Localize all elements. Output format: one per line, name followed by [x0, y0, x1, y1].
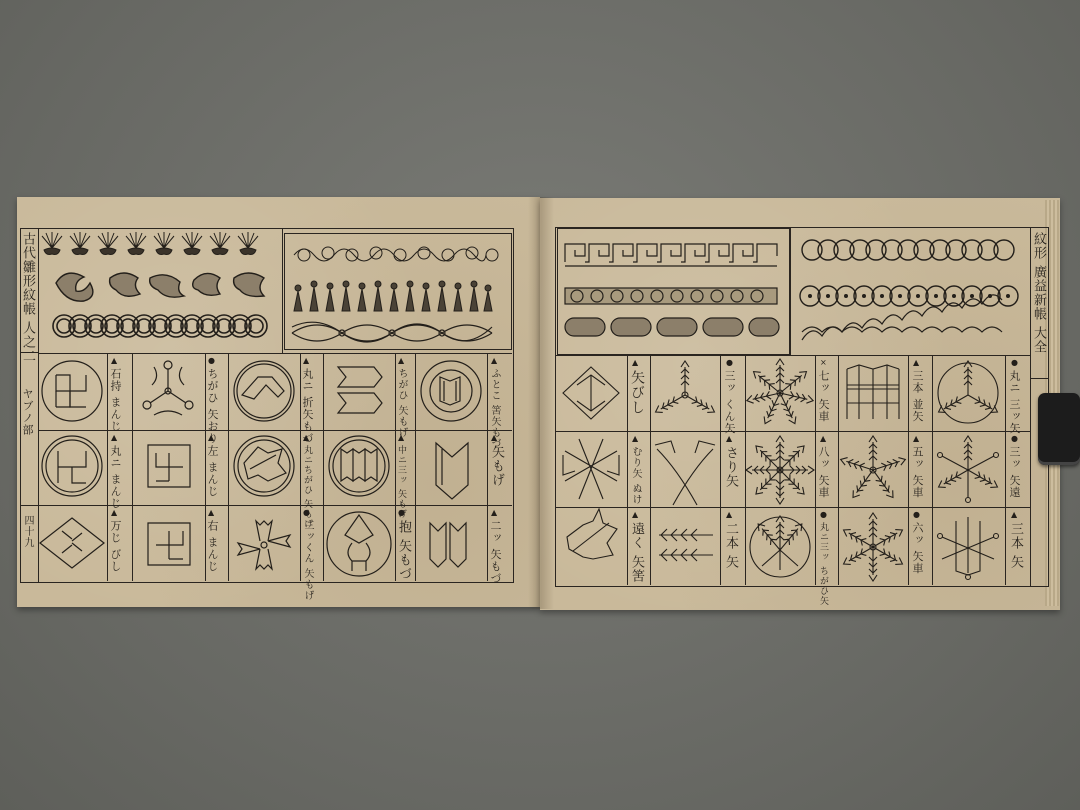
right-mark-1-4: ● — [1011, 434, 1018, 443]
right-label-1-0: むり矢 ぬけ — [630, 446, 640, 505]
right-label-2-3: 六ッ 矢車 — [912, 522, 923, 575]
left-mark-1-2: ▲ — [303, 433, 309, 442]
right-label-2-1: 二本 矢 — [724, 522, 737, 569]
crossed-arrows-in-circle-icon — [750, 516, 810, 577]
left-label-0-0: 石持 まんじ — [110, 368, 121, 433]
right-label-1-1: さり矢 — [724, 446, 737, 488]
right-mark-1-0: ▲ — [632, 434, 638, 443]
left-section-label: ヤブノ部 — [22, 388, 33, 436]
book-gutter — [528, 197, 554, 609]
embracing-fletching-in-circle-icon — [327, 512, 391, 576]
rosette-band-frieze — [565, 288, 777, 304]
left-mark-2-0: ▲ — [111, 508, 117, 517]
right-mark-0-1: ● — [726, 358, 733, 367]
right-label-1-4: 三ッ 矢遠 — [1009, 446, 1020, 499]
right-top-divider — [790, 227, 791, 355]
scroll-acanthus-frieze — [56, 273, 264, 301]
right-sidebar-rule — [1030, 378, 1048, 379]
floral-scroll-frieze — [294, 247, 498, 261]
two-fletchings-pair-icon — [430, 523, 466, 567]
three-arrows-radiating-icon — [654, 361, 717, 415]
left-manji-icon — [148, 445, 190, 487]
pine-fan-frieze — [42, 232, 258, 255]
left-sidebar-rule-2 — [20, 505, 38, 506]
right-mark-0-3: ▲ — [913, 358, 919, 367]
left-label-2-3: 抱 矢もづ — [397, 520, 410, 581]
left-mark-1-3: ▲ — [398, 433, 404, 442]
left-page-number: 四十九 — [22, 515, 32, 548]
right-label-0-3: 三本 並矢 — [912, 370, 923, 423]
six-fletching-wheel-icon — [238, 521, 290, 569]
right-crest-grid — [555, 355, 1030, 585]
left-label-1-4: 矢もげ — [490, 445, 503, 487]
left-label-2-1: 右 まんじ — [207, 520, 218, 573]
three-arrows-in-circle-icon — [937, 361, 1000, 423]
right-label-1-3: 五ッ 矢車 — [912, 446, 923, 499]
arrows-in-fence-icon — [847, 365, 899, 419]
right-label-1-2: 八ッ 矢車 — [818, 446, 829, 499]
arrow-lozenge-icon — [563, 367, 619, 419]
right-running-title: 紋形 廣益新帳 大全 — [1032, 232, 1045, 354]
interlocking-rings-frieze — [53, 315, 267, 337]
woven-arrows-icon — [563, 439, 619, 499]
left-label-0-3: ちがひ 矢もげ — [396, 368, 406, 438]
five-arrow-wheel-icon — [839, 436, 906, 500]
left-border-samples-2 — [284, 233, 510, 348]
left-mark-1-1: ▲ — [208, 433, 214, 442]
crossed-fletching-in-circle-icon — [234, 436, 294, 496]
left-mark-2-4: ▲ — [491, 508, 497, 517]
two-fletchings-icon — [338, 367, 382, 413]
left-mark-0-2: ▲ — [303, 356, 309, 365]
manji-in-double-circle-icon — [42, 436, 102, 496]
three-arrows-with-staffs-bundle-icon — [938, 517, 999, 580]
right-mark-0-2: × — [820, 358, 827, 367]
right-mark-2-3: ● — [913, 510, 920, 519]
three-fletchings-in-circle-icon — [329, 436, 389, 496]
figures-frieze — [294, 281, 492, 311]
right-mark-0-0: ▲ — [632, 358, 638, 367]
single-fletching-icon — [436, 443, 468, 499]
left-label-2-4: 二ッ 矢もづ — [490, 520, 501, 585]
three-arrows-with-staffs-icon — [937, 436, 1000, 503]
left-label-1-1: 左 まんじ — [207, 445, 218, 498]
right-label-2-0: 遠く 矢筈 — [630, 522, 643, 583]
right-label-0-2: 七ッ 矢車 — [818, 370, 829, 423]
left-mark-2-3: ● — [398, 508, 405, 517]
eight-arrow-wheel-icon — [746, 436, 814, 504]
right-mark-1-1: ▲ — [726, 434, 732, 443]
left-top-divider — [282, 228, 283, 353]
right-border-samples — [557, 228, 788, 353]
right-label-2-2: 丸ニ三ッ ちがひ矢 — [818, 522, 827, 606]
cartouche-floral-frieze — [565, 318, 779, 336]
fletching-in-double-circle-icon — [421, 361, 481, 421]
right-mark-1-3: ▲ — [913, 434, 919, 443]
wave-scroll-frieze — [802, 295, 1002, 340]
manji-in-circle-icon — [42, 361, 102, 421]
right-mark-2-0: ▲ — [632, 510, 638, 519]
right-label-0-1: 三ッ くん矢 — [724, 370, 735, 435]
right-manji-icon — [148, 523, 190, 565]
left-running-title: 古代雛形紋帳 人之二 — [21, 232, 34, 363]
ring-star-chain-frieze — [800, 286, 1018, 306]
interlocking-circles-frieze — [802, 240, 1014, 260]
left-mark-0-1: ● — [208, 356, 215, 365]
six-arrow-wheel-icon — [842, 513, 905, 581]
right-mark-0-4: ● — [1011, 358, 1018, 367]
left-mark-1-0: ▲ — [111, 433, 117, 442]
folded-feather-in-circle-icon — [234, 361, 294, 421]
left-mark-2-1: ▲ — [208, 508, 214, 517]
left-border-samples — [38, 228, 282, 353]
left-label-2-0: 万じ びし — [110, 520, 121, 573]
right-border-samples-2 — [792, 228, 1030, 353]
three-crossed-arrows-icon — [143, 361, 193, 415]
left-mark-1-4: ▲ — [491, 433, 497, 442]
left-mark-2-2: ● — [303, 508, 310, 517]
book-clip — [1038, 393, 1080, 465]
right-mark-2-2: ● — [820, 510, 827, 519]
arrow-nock-star-icon — [567, 509, 617, 559]
left-label-2-2: 三ッくん 矢もげ — [302, 520, 312, 601]
crossed-arrows-arch-icon — [655, 441, 715, 505]
wave-lozenge-frieze — [292, 322, 492, 342]
right-mark-1-2: ▲ — [820, 434, 826, 443]
left-mark-0-0: ▲ — [111, 356, 117, 365]
left-label-1-0: 丸ニ まんじ — [110, 445, 121, 510]
manji-lozenge-icon — [40, 518, 104, 568]
left-mark-0-4: ▲ — [491, 356, 497, 365]
greek-key-frieze — [565, 244, 777, 266]
seven-arrow-wheel-icon — [746, 359, 814, 425]
right-mark-2-4: ▲ — [1011, 510, 1017, 519]
right-label-0-4: 丸ニ 三ッ矢 — [1009, 370, 1020, 435]
right-mark-2-1: ▲ — [726, 510, 732, 519]
two-horizontal-arrows-icon — [659, 529, 713, 561]
right-label-2-4: 三本 矢 — [1009, 522, 1022, 569]
right-label-0-0: 矢びし — [630, 370, 644, 415]
left-mark-0-3: ▲ — [398, 356, 404, 365]
